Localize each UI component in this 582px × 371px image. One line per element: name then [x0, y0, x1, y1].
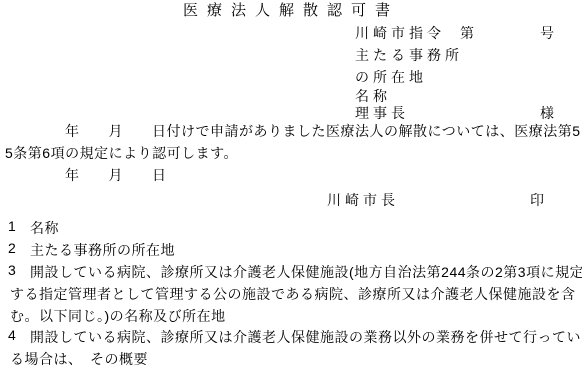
directive-dai-label: 第	[460, 25, 478, 41]
mayor-name: 川崎市長	[327, 192, 399, 208]
honorific-sama: 様	[540, 105, 558, 121]
list-item-4-text-line2: る場合は、 その概要	[10, 349, 148, 369]
list-item-2-text: 主たる事務所の所在地	[30, 240, 175, 260]
name-label: 名称	[355, 88, 391, 104]
approval-paragraph-line2: 5条第6項の規定により認可します。	[5, 145, 238, 161]
office-address-label-line1: 主たる事務所	[355, 47, 463, 63]
list-item-3-text-line2: する指定管理者として管理する公の施設である病院、診療所又は介護老人保健施設を含	[10, 284, 576, 304]
chairman-label: 理事長	[355, 105, 409, 121]
list-item-1-text: 名称	[30, 218, 59, 238]
directive-go-label: 号	[540, 25, 558, 41]
list-item-2-number: 2	[8, 240, 16, 256]
approval-paragraph-line1: 年 月 日付けで申請がありました医療法人の解散については、医療法第5	[65, 123, 581, 139]
document-title: 医療法人解散認可書	[0, 3, 582, 19]
list-item-1-number: 1	[8, 218, 16, 234]
seal-mark: 印	[530, 192, 545, 208]
office-address-label-line2: の所在地	[355, 69, 427, 85]
list-item-4-number: 4	[8, 327, 16, 343]
directive-prefix: 川崎市指令	[355, 25, 445, 41]
list-item-3-text-line1: 開設している病院、診療所又は介護老人保健施設(地方自治法第244条の2第3項に規…	[30, 262, 582, 282]
date-line: 年 月 日	[65, 167, 167, 183]
list-item-3-text-line3: む。以下同じ。)の名称及び所在地	[10, 306, 226, 326]
list-item-4-text-line1: 開設している病院、診療所又は介護老人保健施設の業務以外の業務を併せて行ってい	[30, 327, 581, 347]
dissolution-approval-document: 医療法人解散認可書 川崎市指令 第 号 主たる事務所 の所在地 名称 理事長 様…	[0, 0, 582, 371]
list-item-3-number: 3	[8, 262, 16, 278]
